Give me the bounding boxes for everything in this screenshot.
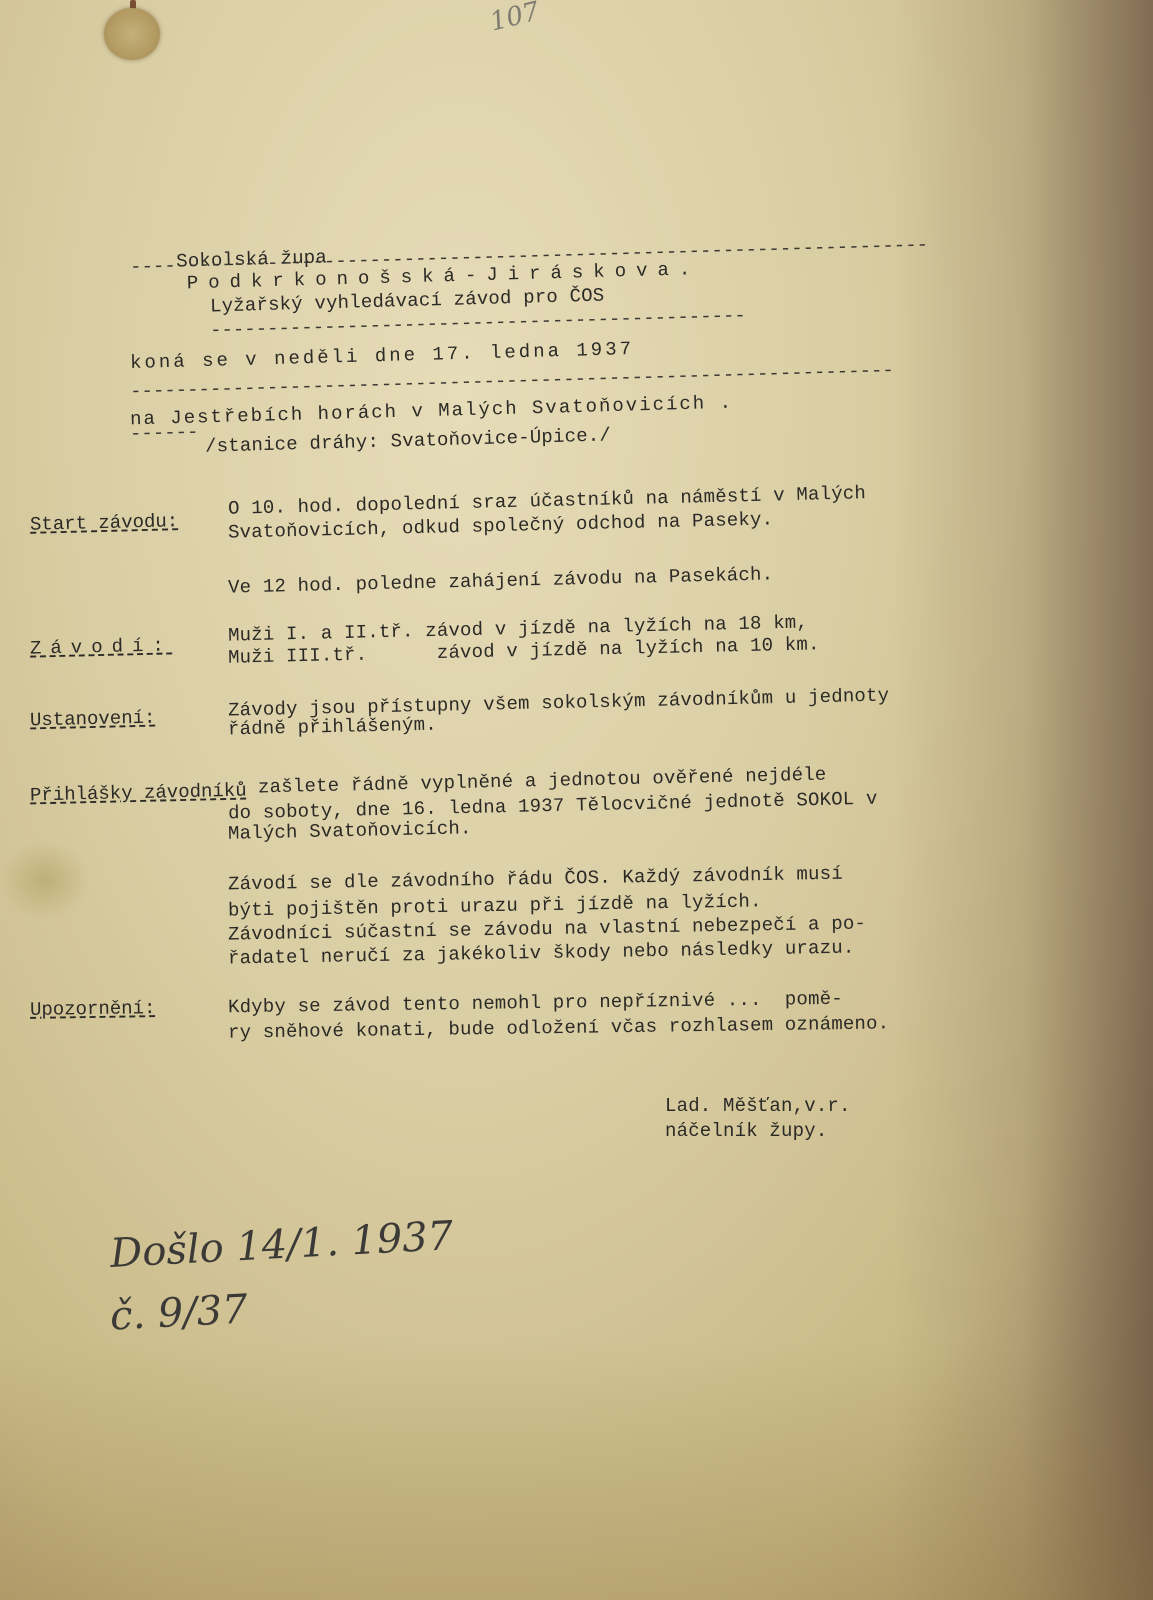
photo-shadow-right: [893, 0, 1153, 1600]
station-line: /stanice dráhy: Svatoňovice-Úpice./: [205, 424, 612, 457]
signature-name: Lad. Měšťan,v.r.: [665, 1095, 851, 1117]
divider: ------: [130, 421, 199, 445]
section-label-categories: Závodí:: [30, 634, 173, 659]
race-start-line: Ve 12 hod. poledne zahájení závodu na Pa…: [228, 563, 774, 598]
registration-line-3: Malých Svatoňovicích.: [228, 817, 472, 845]
paper-fastener: [104, 8, 160, 60]
folio-number: 107: [487, 0, 542, 38]
section-label-start: Start závodu:: [30, 510, 179, 536]
handwritten-received-date: Došlo 14/1. 1937: [109, 1213, 454, 1277]
handwritten-reference: č. 9/37: [109, 1286, 249, 1339]
rules-line-2: řádně přihlášeným.: [228, 714, 437, 741]
section-label-rules: Ustanovení:: [30, 707, 156, 732]
notice-line-2: ry sněhové konati, bude odložení včas ro…: [228, 1012, 890, 1043]
signature-title: náčelník župy.: [665, 1120, 827, 1142]
paper-stain: [0, 840, 90, 920]
photo-shadow-bottom: [0, 1340, 1153, 1600]
section-label-notice: Upozornění:: [30, 997, 156, 1021]
section-label-registration: Přihlášky závodníků: [30, 780, 247, 807]
